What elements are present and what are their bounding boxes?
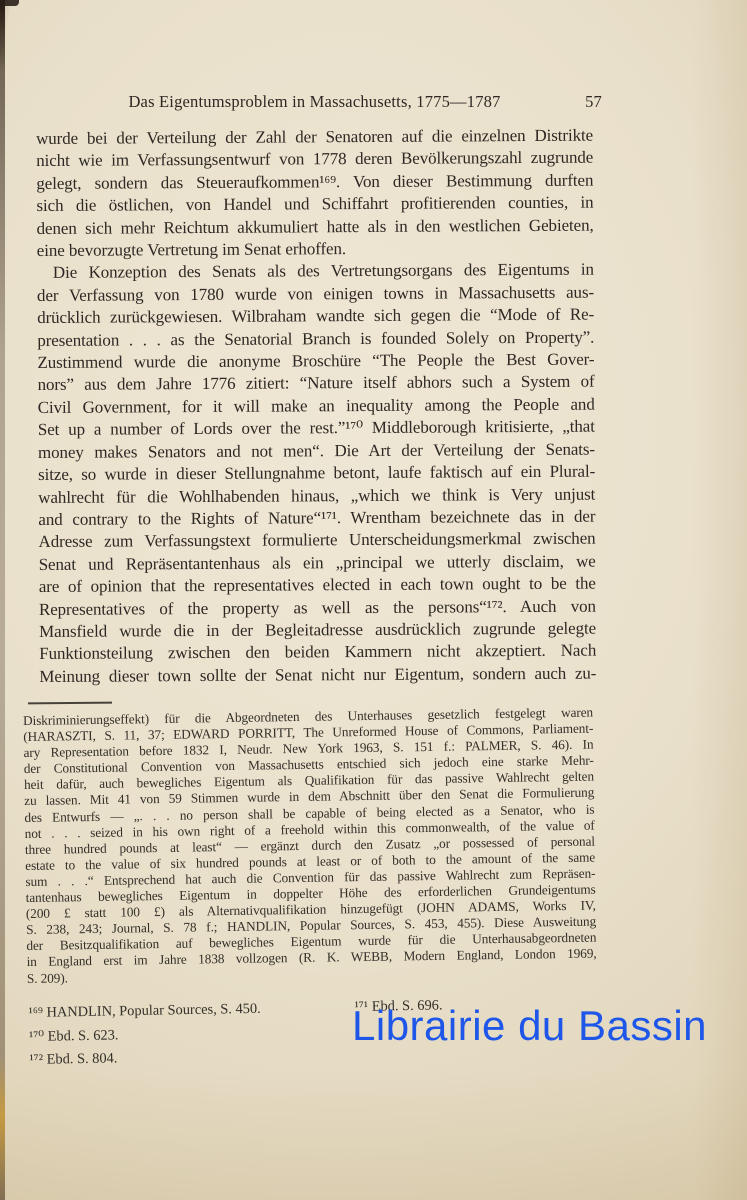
text-line: are of opinion that the representatives … [39, 573, 596, 599]
text-line: nors” aus dem Jahre 1776 zitiert: “Natur… [38, 371, 595, 397]
text-line: denen sich mehr Reichtum akkumuliert hat… [37, 214, 594, 240]
text-line: sitze, so wurde in dieser Stellungnahme … [38, 461, 595, 487]
text-line: Die Konzeption des Senats als des Vertre… [37, 259, 594, 285]
text-line: Meinung dieser town sollte der Senat nic… [39, 662, 596, 688]
text-line: drücklich zurückgewiesen. Wilbraham wand… [37, 304, 594, 330]
text-line: Adresse zum Verfassungstext formulierte … [38, 528, 595, 554]
page-corner-mark [0, 0, 19, 6]
footnote-block: Diskriminierungseffekt) für die Abgeordn… [23, 705, 597, 987]
text-line: Set up a number of Lords over the rest.”… [38, 416, 595, 442]
text-line: nicht wie im Verfassungsentwurf von 1778… [36, 147, 593, 173]
page-left-edge-shadow [0, 0, 5, 1200]
footnote-entry: ¹⁶⁹ HANDLIN, Popular Sources, S. 450. [28, 1001, 260, 1021]
text-line: Representatives of the property as well … [39, 595, 596, 621]
footnote-entry: ¹⁷² Ebd. S. 804. [29, 1050, 117, 1068]
text-line: wahlrecht für die Wohlhabenden hinaus, „… [38, 483, 595, 509]
text-line: Funktionsteilung zwischen den beiden Kam… [39, 640, 596, 666]
book-page-photo: Das Eigentumsproblem in Massachusetts, 1… [0, 0, 747, 1200]
page-number: 57 [585, 92, 602, 112]
footnote-separator-rule [28, 702, 112, 704]
running-header: Das Eigentumsproblem in Massachusetts, 1… [36, 92, 593, 112]
text-line: sich die östlichen, von Handel und Schif… [36, 192, 593, 218]
body-text-block: wurde bei der Verteilung der Zahl der Se… [36, 125, 596, 689]
bookseller-watermark: Librairie du Bassin [352, 1002, 707, 1050]
running-title: Das Eigentumsproblem in Massachusetts, 1… [36, 92, 593, 112]
footnote-entry: ¹⁷⁰ Ebd. S. 623. [29, 1027, 119, 1045]
